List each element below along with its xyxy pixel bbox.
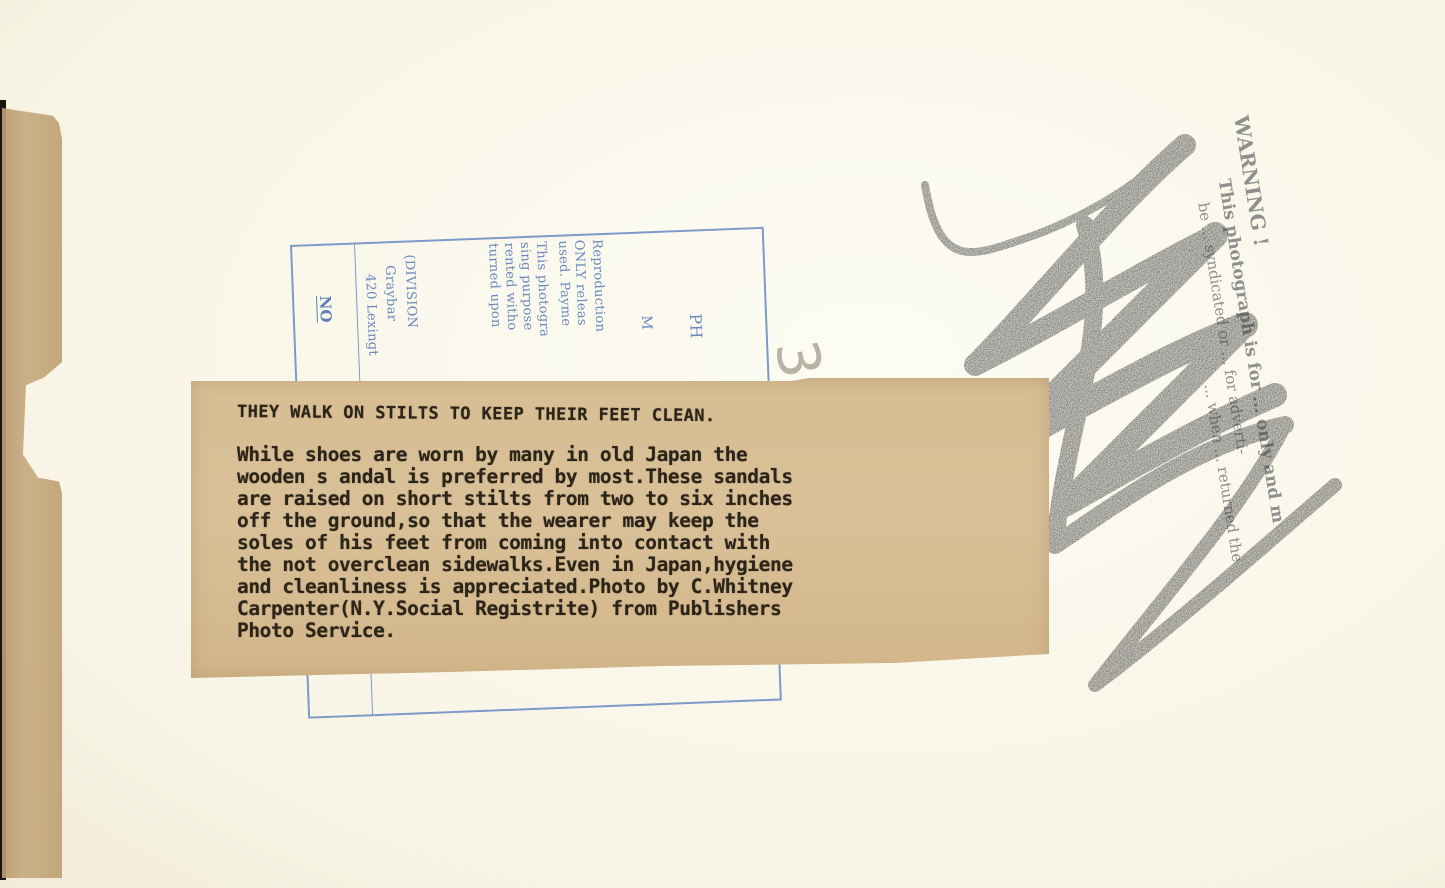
caption-line: While shoes are worn by many in old Japa… <box>237 444 1017 466</box>
caption-line: off the ground,so that the wearer may ke… <box>237 510 1017 532</box>
caption-headline: THEY WALK ON STILTS TO KEEP THEIR FEET C… <box>237 402 1017 429</box>
caption-line: Photo Service. <box>237 620 1017 642</box>
stamp-text: 420 Lexingt <box>361 274 381 357</box>
stamp-text: (DIVISION <box>400 254 420 329</box>
caption-line: the not overclean sidewalks.Even in Japa… <box>237 554 1017 576</box>
caption-line: and cleanliness is appreciated.Photo by … <box>237 576 1017 598</box>
stamp-number-label: NO <box>316 295 335 322</box>
caption-line: are raised on short stilts from two to s… <box>237 488 1017 510</box>
caption-text-block: THEY WALK ON STILTS TO KEEP THEIR FEET C… <box>237 402 1017 642</box>
caption-clipping: THEY WALK ON STILTS TO KEEP THEIR FEET C… <box>191 378 1049 678</box>
masking-tape-strip <box>2 108 62 878</box>
caption-line: Carpenter(N.Y.Social Registrite) from Pu… <box>237 598 1017 620</box>
stamp-text: This photogra <box>532 241 553 337</box>
stamp-text: M <box>637 315 655 330</box>
stamp-text: PH <box>687 313 705 339</box>
stamp-text: Graybar <box>381 265 400 322</box>
stamp-text: ONLY releas <box>570 240 590 327</box>
caption-line: soles of his feet from coming into conta… <box>237 532 1017 554</box>
stamp-text: Reproduction <box>588 239 609 333</box>
caption-line: wooden s andal is preferred by most.Thes… <box>237 466 1017 488</box>
